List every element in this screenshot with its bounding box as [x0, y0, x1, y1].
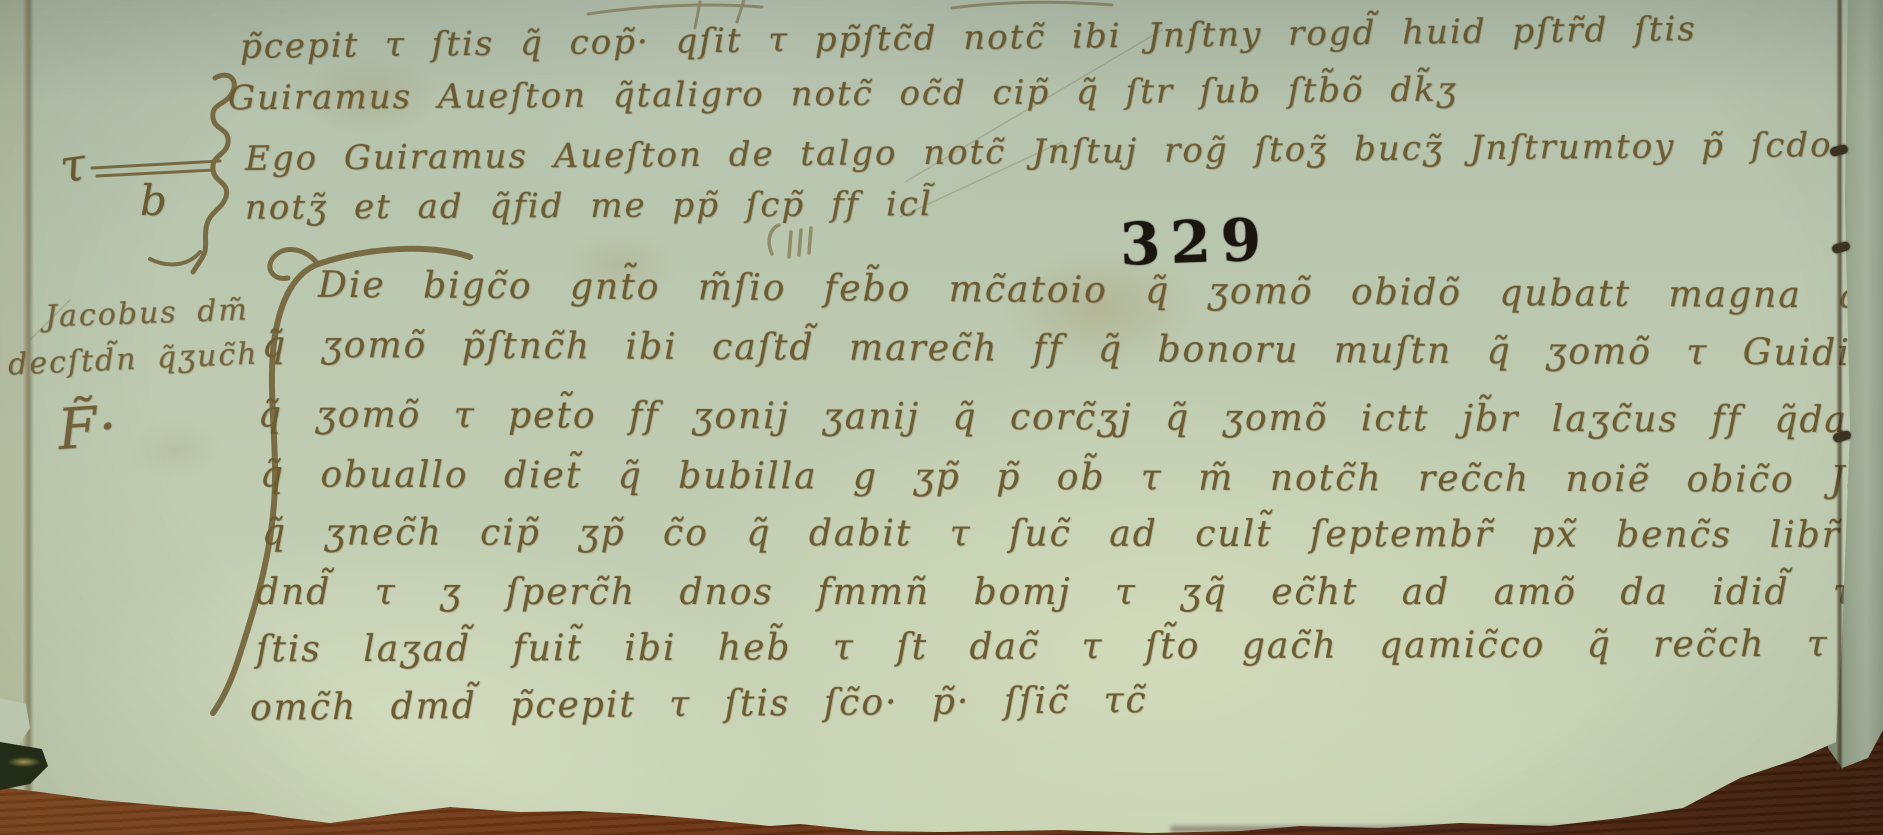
left-margin-tint: [0, 0, 22, 790]
stamp-side-marks: [769, 225, 811, 257]
manuscript-photo: p̃cepit τ ſtis q̃ cop̃· qſit τ pp̃ſtc̃d …: [0, 0, 1883, 835]
record-line-6: dnd̃ τ ʒ ſperc̃h dnos fmmñ bomj τ ʒq̃ ec…: [256, 572, 1883, 613]
header-line-2: Guiramus Aueſton q̃taligro notc̃ oc̃d ci…: [228, 70, 1458, 119]
record-margin-initial: F̃·: [56, 394, 121, 463]
fold-ruling-line: [22, 0, 34, 795]
header-line-1: p̃cepit τ ſtis q̃ cop̃· qſit τ pp̃ſtc̃d …: [240, 9, 1697, 67]
link-line: [92, 161, 220, 176]
header-margin-letter: b: [140, 176, 169, 225]
paraph-hook: [150, 252, 200, 264]
record-line-7: ſtis laʒad̃ fuit̃ ibi heb̃ τ ſt dac̃ τ ſ…: [256, 623, 1883, 671]
record-line-8: omc̃h dmd̃ p̃cepit τ ſtis ſc̃o· p̃· ſſic…: [250, 680, 1148, 729]
header-line-4: notʒ̃ et ad q̃fid me pp̃ ſcp̃ ff icl̃: [245, 184, 933, 228]
paper-edge-shadow: [1170, 826, 1570, 832]
page-number-stamp: 329: [1119, 205, 1272, 278]
entry-flourish-loop: [270, 250, 318, 279]
header-margin-et-mark: τ: [56, 136, 91, 193]
record-line-4: q̃ obuallo diet̃ q̃ bubilla g ʒp̃ p̃ ob̃…: [260, 454, 1883, 502]
record-margin-line-2: decſtd̃n q̃ʒuc̃h: [7, 337, 259, 383]
record-line-2: q̃ ʒomõ p̃ſtnc̃h ibi caſtd̃ marec̃h ff q…: [262, 325, 1883, 377]
record-line-5: q̃ ʒnec̃h cip̃ ʒp̃ c̃o q̃ dabit τ ſuc̃ a…: [262, 512, 1883, 556]
manuscript-page: p̃cepit τ ſtis q̃ cop̃· qſit τ pp̃ſtc̃d …: [0, 0, 1883, 835]
binding-crease: [1836, 0, 1843, 770]
header-line-3: Ego Guiramus Aueſton de talgo notc̃ Jnſt…: [245, 125, 1833, 179]
record-margin-line-1: Jacobus dm̃: [44, 292, 249, 334]
paper-stain: [130, 420, 220, 480]
record-line-1: Die bigc̃o gnt̃o m̃ſio feb̃o mc̃atoio q̃…: [318, 265, 1883, 320]
record-line-3: q̃ ʒomõ τ pet̃o ff ʒonij ʒanij q̃ corc̃ʒ…: [258, 394, 1883, 442]
ink-specks: [0, 0, 4, 4]
